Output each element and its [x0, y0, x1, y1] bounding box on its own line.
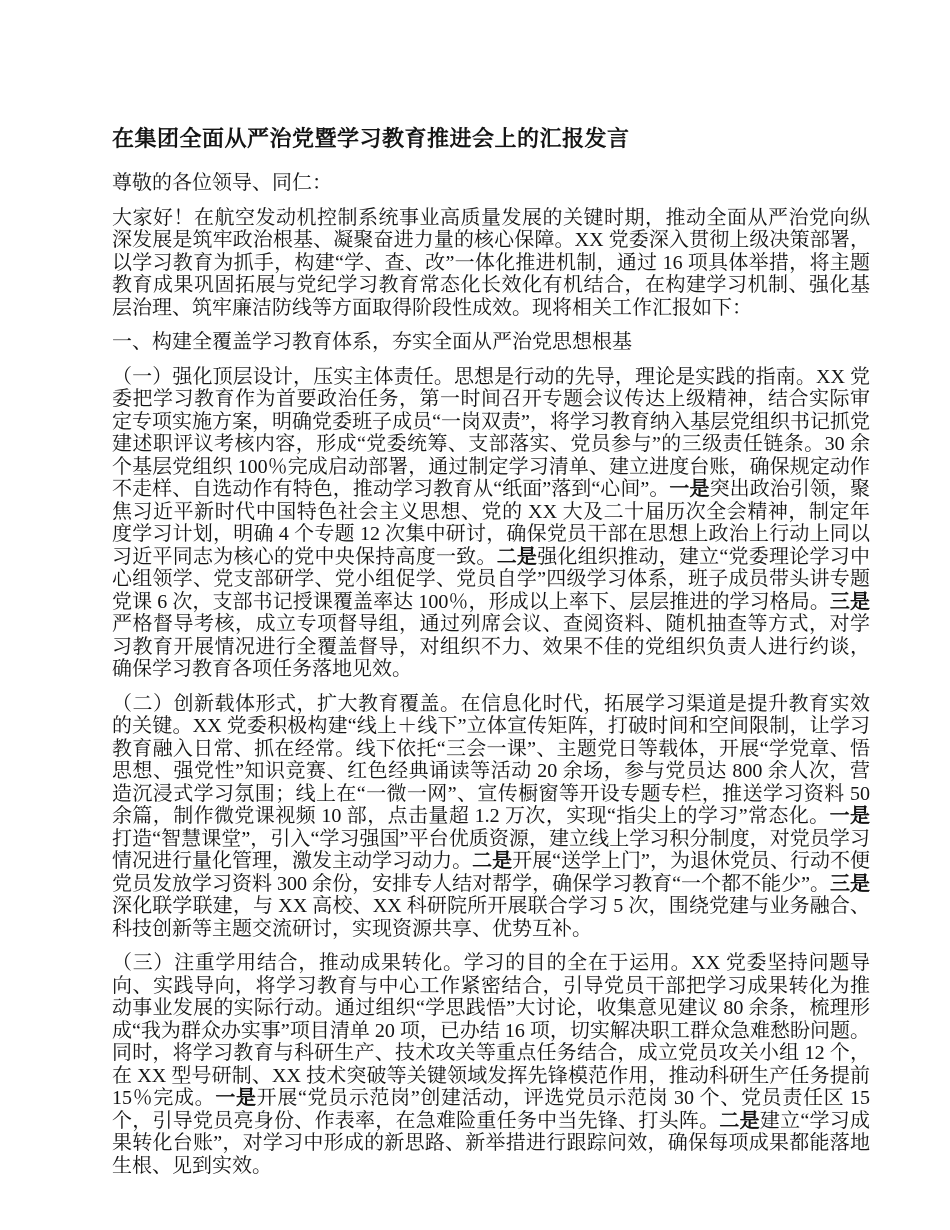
- bold-text-run: 二是: [497, 546, 538, 568]
- section-1-heading: 一、构建全覆盖学习教育体系，夯实全面从严治党思想根基: [112, 331, 870, 354]
- bold-text-run: 一是: [215, 1087, 256, 1109]
- text-run: （三）注重学用结合，推动成果转化。学习的目的全在于运用。XX 党委坚持问题导向、…: [112, 952, 870, 1109]
- document-body: 尊敬的各位领导、同仁：大家好！在航空发动机控制系统事业高质量发展的关键时期，推动…: [112, 172, 870, 1177]
- bold-text-run: 二是: [719, 1110, 760, 1132]
- document-page: 在集团全面从严治党暨学习教育推进会上的汇报发言 尊敬的各位领导、同仁：大家好！在…: [0, 0, 950, 1230]
- bold-text-run: 三是: [830, 591, 870, 613]
- text-run: 严格督导考核，成立专项督导组，通过列席会议、查阅资料、随机抽查等方式，对学习教育…: [112, 613, 870, 680]
- bold-text-run: 二是: [472, 850, 512, 872]
- intro-paragraph: 大家好！在航空发动机控制系统事业高质量发展的关键时期，推动全面从严治党向纵深发展…: [112, 207, 870, 320]
- bold-text-run: 一是: [830, 805, 870, 827]
- text-run: 尊敬的各位领导、同仁：: [112, 172, 332, 194]
- bold-text-run: 三是: [830, 873, 870, 895]
- text-run: 大家好！在航空发动机控制系统事业高质量发展的关键时期，推动全面从严治党向纵深发展…: [112, 207, 870, 319]
- text-run: （二）创新载体形式，扩大教育覆盖。在信息化时代，拓展学习渠道是提升教育实效的关键…: [112, 693, 870, 828]
- paragraph-1-2: （二）创新载体形式，扩大教育覆盖。在信息化时代，拓展学习渠道是提升教育实效的关键…: [112, 693, 870, 941]
- paragraph-1-1: （一）强化顶层设计，压实主体责任。思想是行动的先导，理论是实践的指南。XX 党委…: [112, 366, 870, 681]
- document-title: 在集团全面从严治党暨学习教育推进会上的汇报发言: [112, 126, 870, 151]
- text-run: 一、构建全覆盖学习教育体系，夯实全面从严治党思想根基: [112, 331, 632, 353]
- greeting: 尊敬的各位领导、同仁：: [112, 172, 870, 195]
- bold-text-run: 一是: [669, 478, 709, 500]
- paragraph-1-3: （三）注重学用结合，推动成果转化。学习的目的全在于运用。XX 党委坚持问题导向、…: [112, 952, 870, 1177]
- text-run: 深化联学联建，与 XX 高校、XX 科研院所开展联合学习 5 次，围绕党建与业务…: [112, 895, 870, 940]
- document-content: 在集团全面从严治党暨学习教育推进会上的汇报发言 尊敬的各位领导、同仁：大家好！在…: [112, 126, 870, 1177]
